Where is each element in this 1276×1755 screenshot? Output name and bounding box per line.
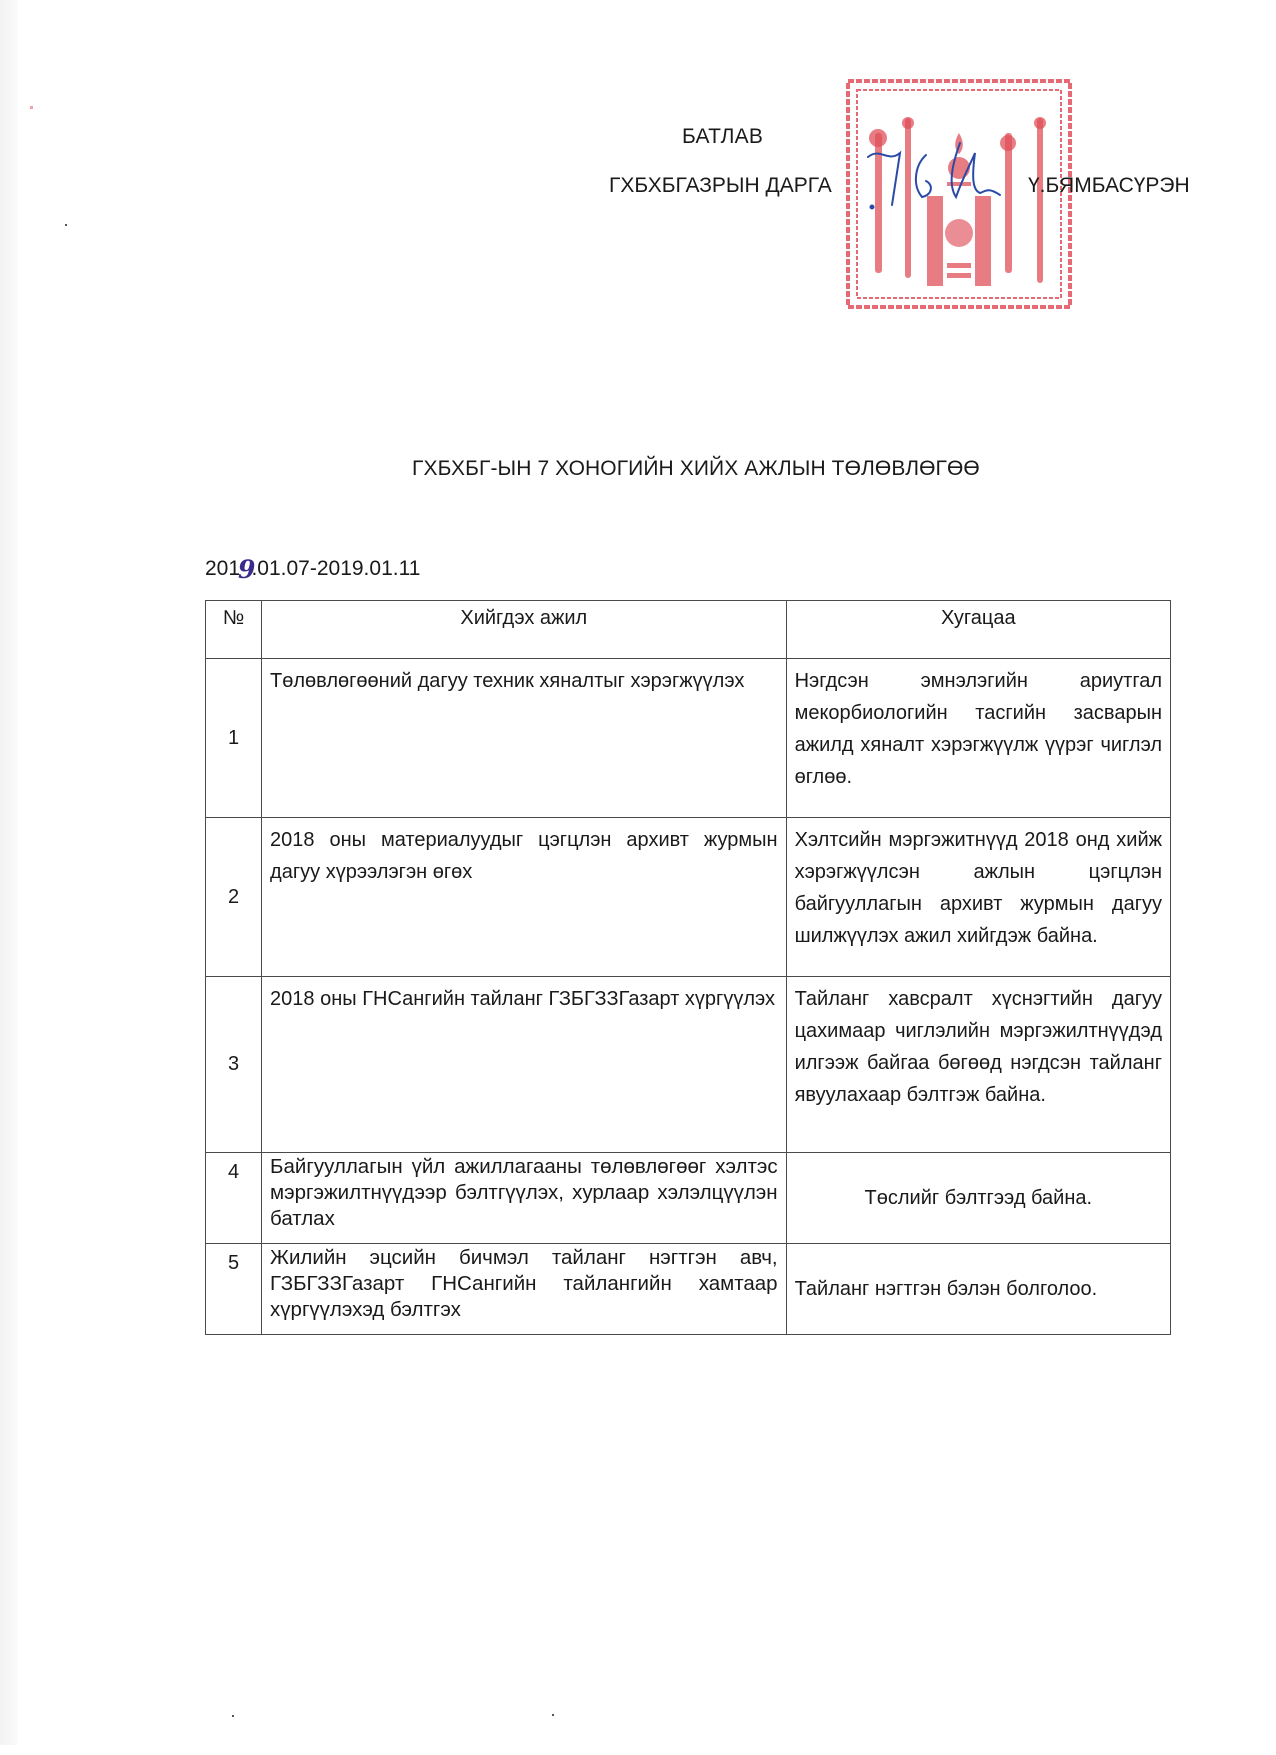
row-deadline: Нэгдсэн эмнэлэгийн ариутгал мекорбиологи… [786,659,1170,818]
header-task: Хийгдэх ажил [262,601,787,659]
table-row: 2 2018 оны материалуудыг цэгцлэн архивт … [206,818,1171,977]
table-row: 5 Жилийн эцсийн бичмэл тайланг нэгтгэн а… [206,1244,1171,1335]
table-header-row: № Хийгдэх ажил Хугацаа [206,601,1171,659]
date-range: 2019.01.07-2019.01.11 [205,552,420,581]
work-plan-table: № Хийгдэх ажил Хугацаа 1 Төлөвлөгөөний д… [205,600,1171,1335]
row-deadline: Тайланг нэгтгэн бэлэн болголоо. [786,1244,1170,1335]
header-number: № [206,601,262,659]
row-deadline: Хэлтсийн мэргэжитнүүд 2018 онд хийж хэрэ… [786,818,1170,977]
table-row: 1 Төлөвлөгөөний дагуу техник хяналтыг хэ… [206,659,1171,818]
row-deadline: Төслийг бэлтгээд байна. [786,1153,1170,1244]
date-range-suffix: .01.07-2019.01.11 [251,557,420,580]
scan-speck [552,1714,554,1716]
row-task: Байгууллагын үйл ажиллагааны төлөвлөгөөг… [262,1153,787,1244]
row-number: 5 [206,1244,262,1335]
table-row: 4 Байгууллагын үйл ажиллагааны төлөвлөгө… [206,1153,1171,1244]
scan-page-edge [0,0,18,1745]
document-title: ГХБХБГ-ЫН 7 ХОНОГИЙН ХИЙХ АЖЛЫН ТӨЛӨВЛӨГ… [412,457,980,481]
scan-speck [232,1715,234,1717]
handwritten-signature-icon [860,135,1040,215]
scan-speck [30,106,33,109]
row-number: 4 [206,1153,262,1244]
row-task: 2018 оны ГНСангийн тайланг ГЗБГЗЗГазарт … [262,977,787,1153]
date-range-prefix: 201 [205,557,240,580]
row-number: 1 [206,659,262,818]
row-deadline: Тайланг хавсралт хүснэгтийн дагуу цахима… [786,977,1170,1153]
row-task: Жилийн эцсийн бичмэл тайланг нэгтгэн авч… [262,1244,787,1335]
table-row: 3 2018 оны ГНСангийн тайланг ГЗБГЗЗГазар… [206,977,1171,1153]
approval-title: БАТЛАВ [682,125,763,149]
approver-name: Ү.БЯМБАСҮРЭН [1028,174,1190,198]
handwritten-correction: 9 [238,555,255,584]
scan-speck [65,224,67,226]
row-number: 2 [206,818,262,977]
row-task: Төлөвлөгөөний дагуу техник хяналтыг хэрэ… [262,659,787,818]
approver-role: ГХБХБГАЗРЫН ДАРГА [609,174,832,198]
row-number: 3 [206,977,262,1153]
row-task: 2018 оны материалуудыг цэгцлэн архивт жу… [262,818,787,977]
header-deadline: Хугацаа [786,601,1170,659]
